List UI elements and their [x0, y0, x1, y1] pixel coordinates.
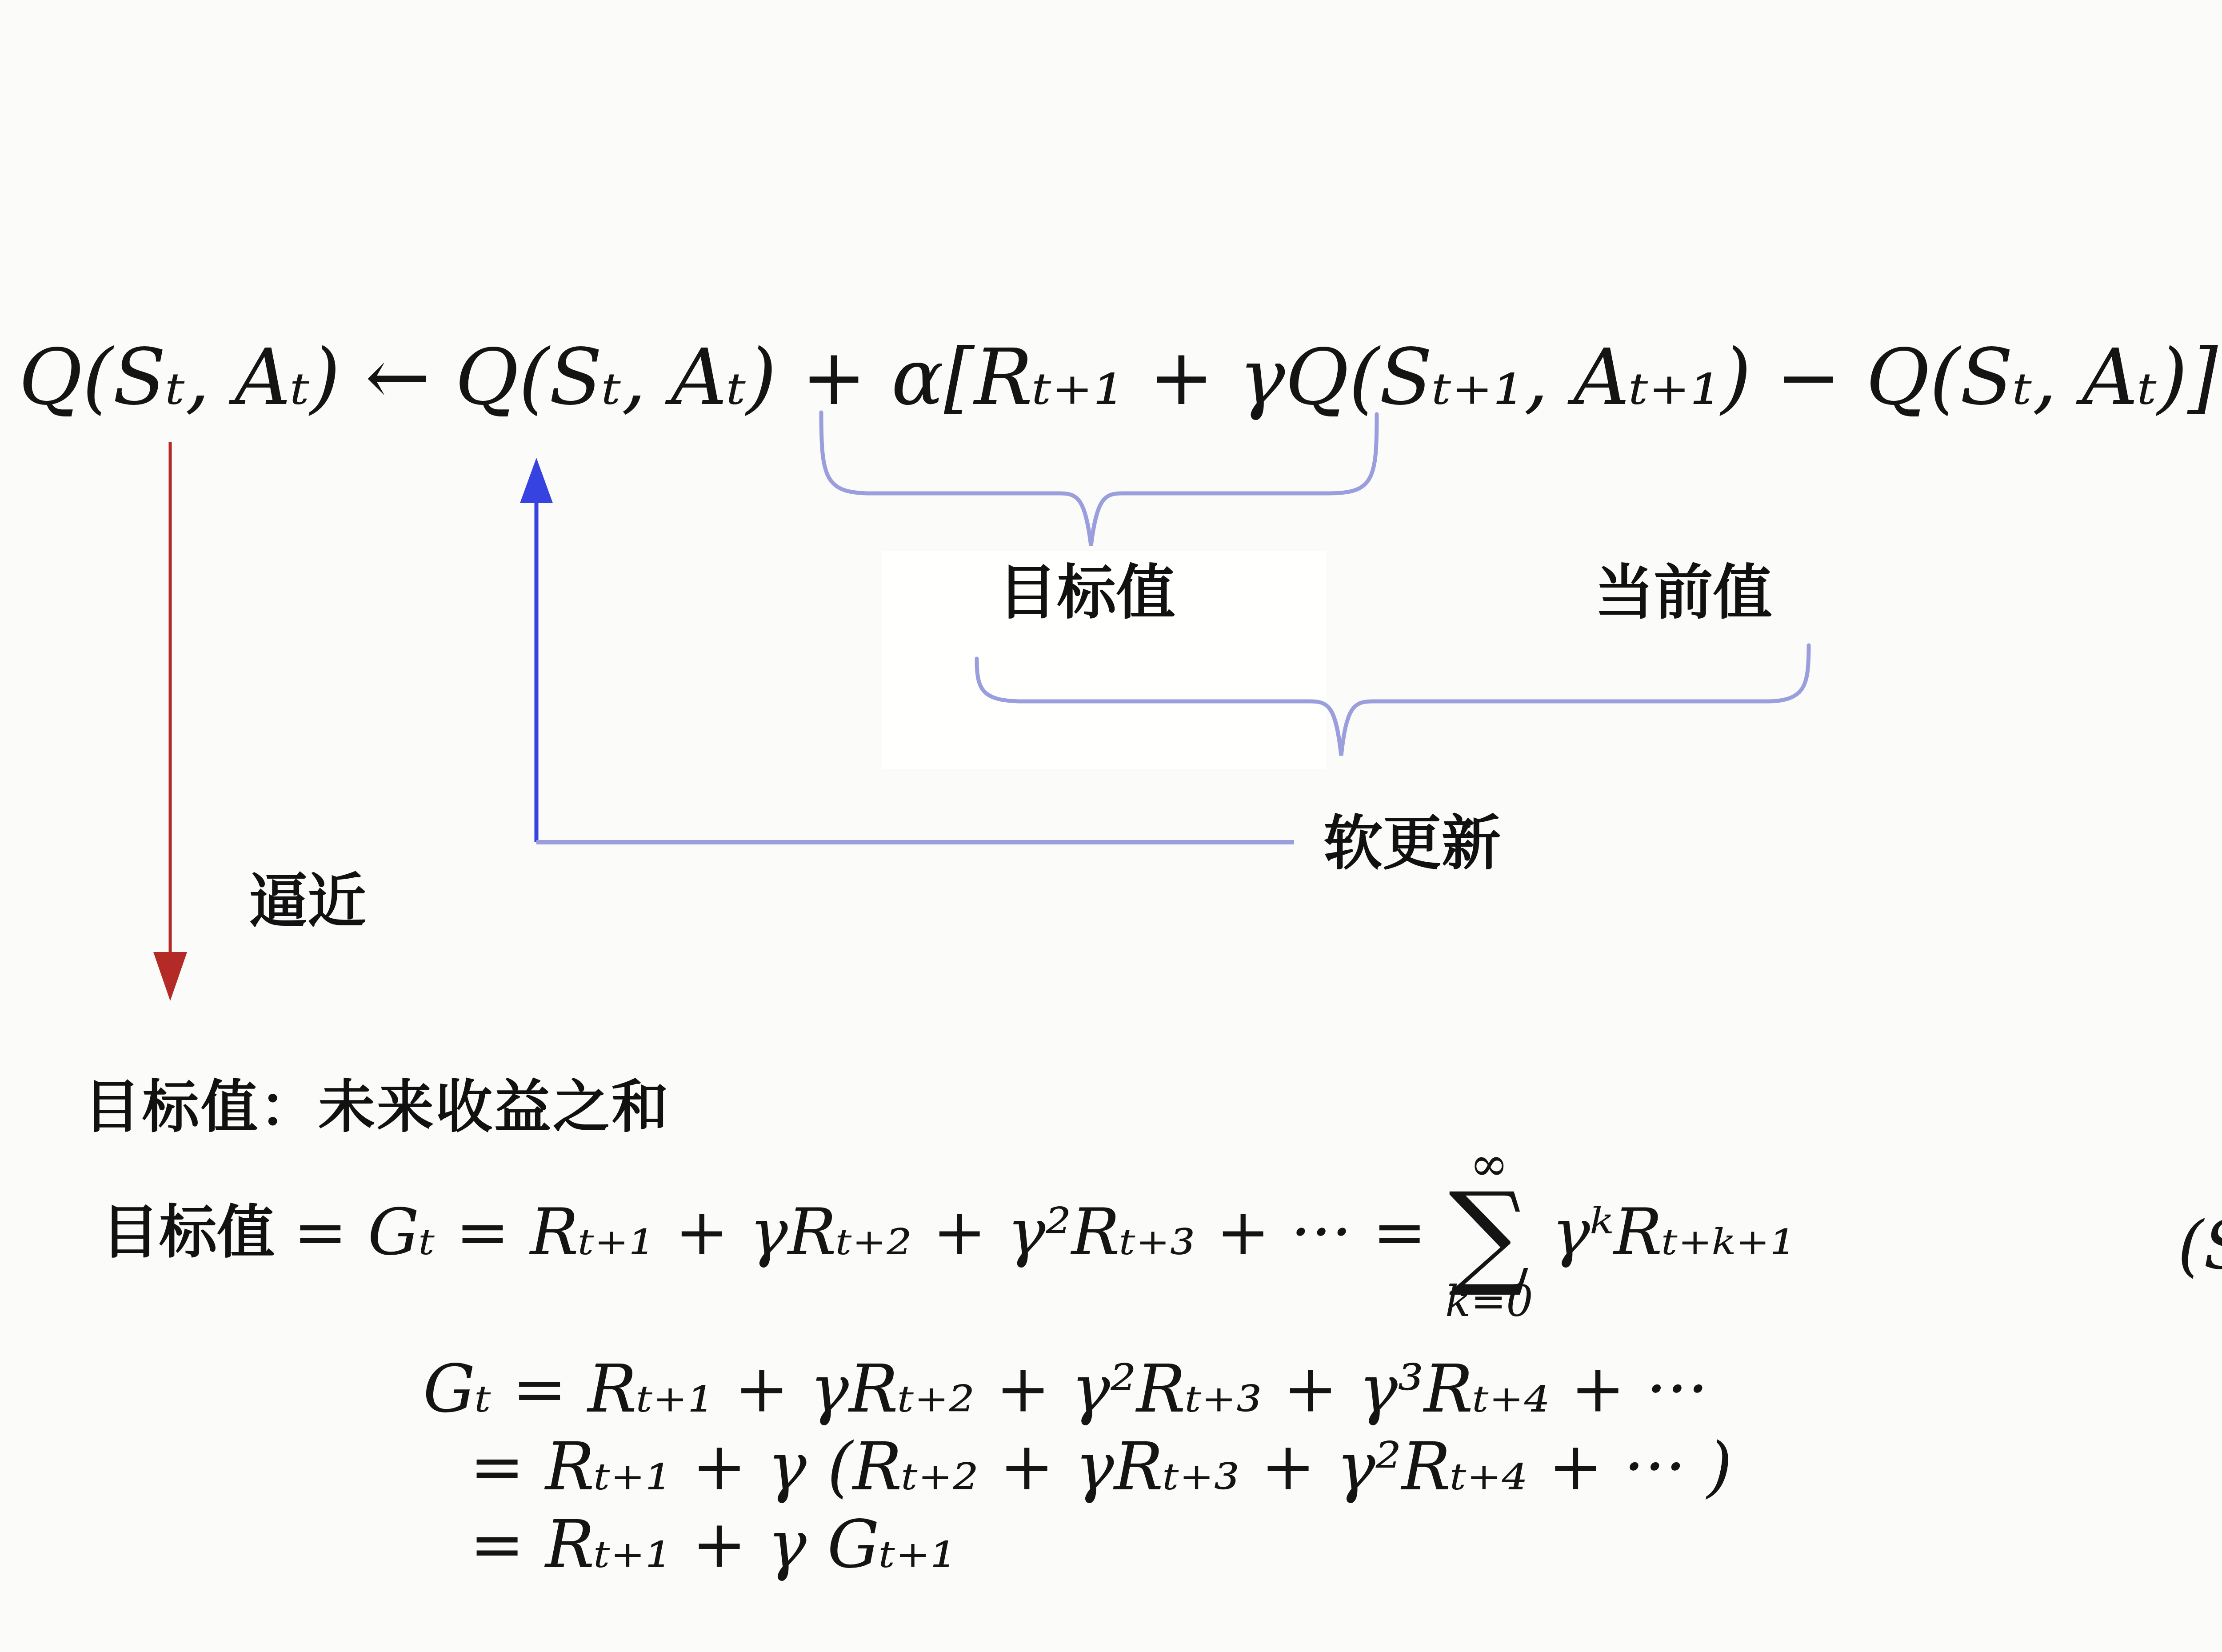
sigma-icon: ∑	[1449, 1188, 1530, 1280]
return-definition-equation: 目标值 = Gₜ = Rₜ₊₁ + γRₜ₊₂ + γ²Rₜ₊₃ + ··· =…	[101, 1134, 1795, 1330]
action-t1-label: Aₜ₊₁	[2204, 924, 2222, 986]
return-derivation-block: Gₜ = Rₜ₊₁ + γRₜ₊₂ + γ²Rₜ₊₃ + γ³Rₜ₊₄ + ··…	[423, 1350, 1732, 1584]
return-equation-tail: γᵏRₜ₊ₖ₊₁	[1552, 1200, 1796, 1264]
derivation-line-3: = Rₜ₊₁ + γ Gₜ₊₁	[470, 1506, 1732, 1584]
derivation-line-2: = Rₜ₊₁ + γ (Rₜ₊₂ + γRₜ₊₃ + γ²Rₜ₊₄ + ··· …	[470, 1428, 1732, 1506]
summation-lower-limit: k=0	[1445, 1281, 1533, 1323]
approach-arrow	[153, 442, 187, 1001]
soft-update-label: 软更新	[1323, 814, 1501, 873]
current-value-label: 当前值	[1586, 564, 1781, 623]
return-equation-head: = Gₜ = Rₜ₊₁ + γRₜ₊₂ + γ²Rₜ₊₃ + ··· =	[293, 1200, 1427, 1264]
summation-symbol: ∞ ∑ k=0	[1445, 1141, 1533, 1323]
target-section-heading: 目标值：未来收益之和	[84, 1079, 670, 1136]
transition-tuple-label: (Sₜ, Aₜ, Rₜ₊₁, Sₜ₊₁, Aₜ₊₁)	[2178, 1212, 2222, 1279]
target-value-label: 目标值	[993, 564, 1180, 623]
approach-arrowhead	[153, 952, 187, 1001]
soft-update-arrow	[520, 458, 553, 842]
approach-label: 逼近	[249, 872, 366, 931]
derivation-line-1: Gₜ = Rₜ₊₁ + γRₜ₊₂ + γ²Rₜ₊₃ + γ³Rₜ₊₄ + ··…	[423, 1350, 1732, 1428]
return-equation-cn-label: 目标值	[101, 1203, 275, 1261]
target-value-brace	[821, 412, 1377, 546]
soft-update-arrowhead	[520, 458, 553, 503]
sarsa-slide: Q(Sₜ, Aₜ) ← Q(Sₜ, Aₜ) + α[Rₜ₊₁ + γQ(Sₜ₊₁…	[0, 0, 2222, 1652]
q-update-formula: Q(Sₜ, Aₜ) ← Q(Sₜ, Aₜ) + α[Rₜ₊₁ + γQ(Sₜ₊₁…	[19, 339, 2218, 416]
